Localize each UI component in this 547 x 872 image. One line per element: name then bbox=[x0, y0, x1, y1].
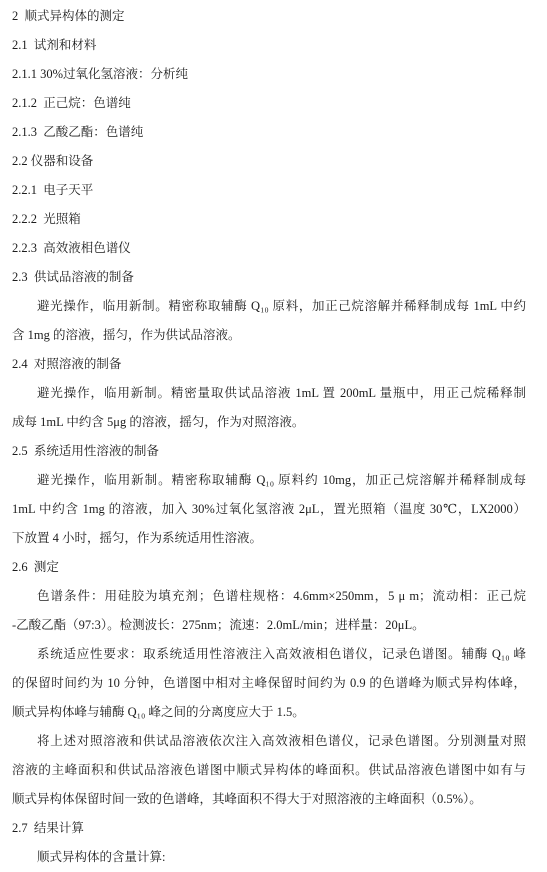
para-2-5-line-1: 避光操作，临用新制。精密称取辅酶 Q₁₀ 原料约 10mg，加正己烷溶解并稀释制… bbox=[12, 466, 526, 495]
para-2-4-line-1: 避光操作，临用新制。精密量取供试品溶液 1mL 置 200mL 量瓶中，用正己烷… bbox=[12, 379, 526, 408]
item-2-2-3: 2.2.3 高效液相色谱仪 bbox=[12, 234, 526, 263]
item-2-1-1: 2.1.1 30%过氧化氢溶液：分析纯 bbox=[12, 60, 526, 89]
para-2-5-line-2: 1mL 中约含 1mg 的溶液，加入 30%过氧化氢溶液 2μL，置光照箱（温度… bbox=[12, 495, 526, 524]
para-2-7-line-1: 顺式异构体的含量计算: bbox=[12, 843, 526, 872]
para-2-3-line-2: 含 1mg 的溶液，摇匀，作为供试品溶液。 bbox=[12, 321, 526, 350]
para-2-6-measure-line-2: 溶液的主峰面积和供试品溶液色谱图中顺式异构体的峰面积。供试品溶液色谱图中如有与 bbox=[12, 756, 526, 785]
para-2-5-line-3: 下放置 4 小时，摇匀，作为系统适用性溶液。 bbox=[12, 524, 526, 553]
item-2-2-1: 2.2.1 电子天平 bbox=[12, 176, 526, 205]
para-2-6-conditions-line-1: 色谱条件：用硅胶为填充剂；色谱柱规格：4.6mm×250mm，5 μ m；流动相… bbox=[12, 582, 526, 611]
para-2-6-system-line-3: 顺式异构体峰与辅酶 Q₁₀ 峰之间的分离度应大于 1.5。 bbox=[12, 698, 526, 727]
heading-2-6: 2.6 测定 bbox=[12, 553, 526, 582]
para-2-6-conditions-line-2: -乙酸乙酯（97:3）。检测波长：275nm；流速：2.0mL/min；进样量：… bbox=[12, 611, 526, 640]
heading-2-4: 2.4 对照溶液的制备 bbox=[12, 350, 526, 379]
document-page: 2 顺式异构体的测定 2.1 试剂和材料 2.1.1 30%过氧化氢溶液：分析纯… bbox=[0, 0, 547, 872]
heading-2-7: 2.7 结果计算 bbox=[12, 814, 526, 843]
para-2-4-line-2: 成每 1mL 中约含 5μg 的溶液，摇匀，作为对照溶液。 bbox=[12, 408, 526, 437]
para-2-6-measure-line-1: 将上述对照溶液和供试品溶液依次注入高效液相色谱仪，记录色谱图。分别测量对照 bbox=[12, 727, 526, 756]
para-2-6-measure-line-3: 顺式异构体保留时间一致的色谱峰，其峰面积不得大于对照溶液的主峰面积（0.5%）。 bbox=[12, 785, 526, 814]
para-2-3-line-1: 避光操作，临用新制。精密称取辅酶 Q₁₀ 原料，加正己烷溶解并稀释制成每 1mL… bbox=[12, 292, 526, 321]
heading-2-1: 2.1 试剂和材料 bbox=[12, 31, 526, 60]
heading-2-3: 2.3 供试品溶液的制备 bbox=[12, 263, 526, 292]
item-2-2-2: 2.2.2 光照箱 bbox=[12, 205, 526, 234]
item-2-1-3: 2.1.3 乙酸乙酯：色谱纯 bbox=[12, 118, 526, 147]
heading-2-5: 2.5 系统适用性溶液的制备 bbox=[12, 437, 526, 466]
para-2-6-system-line-1: 系统适应性要求：取系统适用性溶液注入高效液相色谱仪，记录色谱图。辅酶 Q₁₀ 峰 bbox=[12, 640, 526, 669]
item-2-1-2: 2.1.2 正己烷：色谱纯 bbox=[12, 89, 526, 118]
heading-2-2: 2.2 仪器和设备 bbox=[12, 147, 526, 176]
para-2-6-system-line-2: 的保留时间约为 10 分钟，色谱图中相对主峰保留时间约为 0.9 的色谱峰为顺式… bbox=[12, 669, 526, 698]
heading-section-2: 2 顺式异构体的测定 bbox=[12, 2, 526, 31]
